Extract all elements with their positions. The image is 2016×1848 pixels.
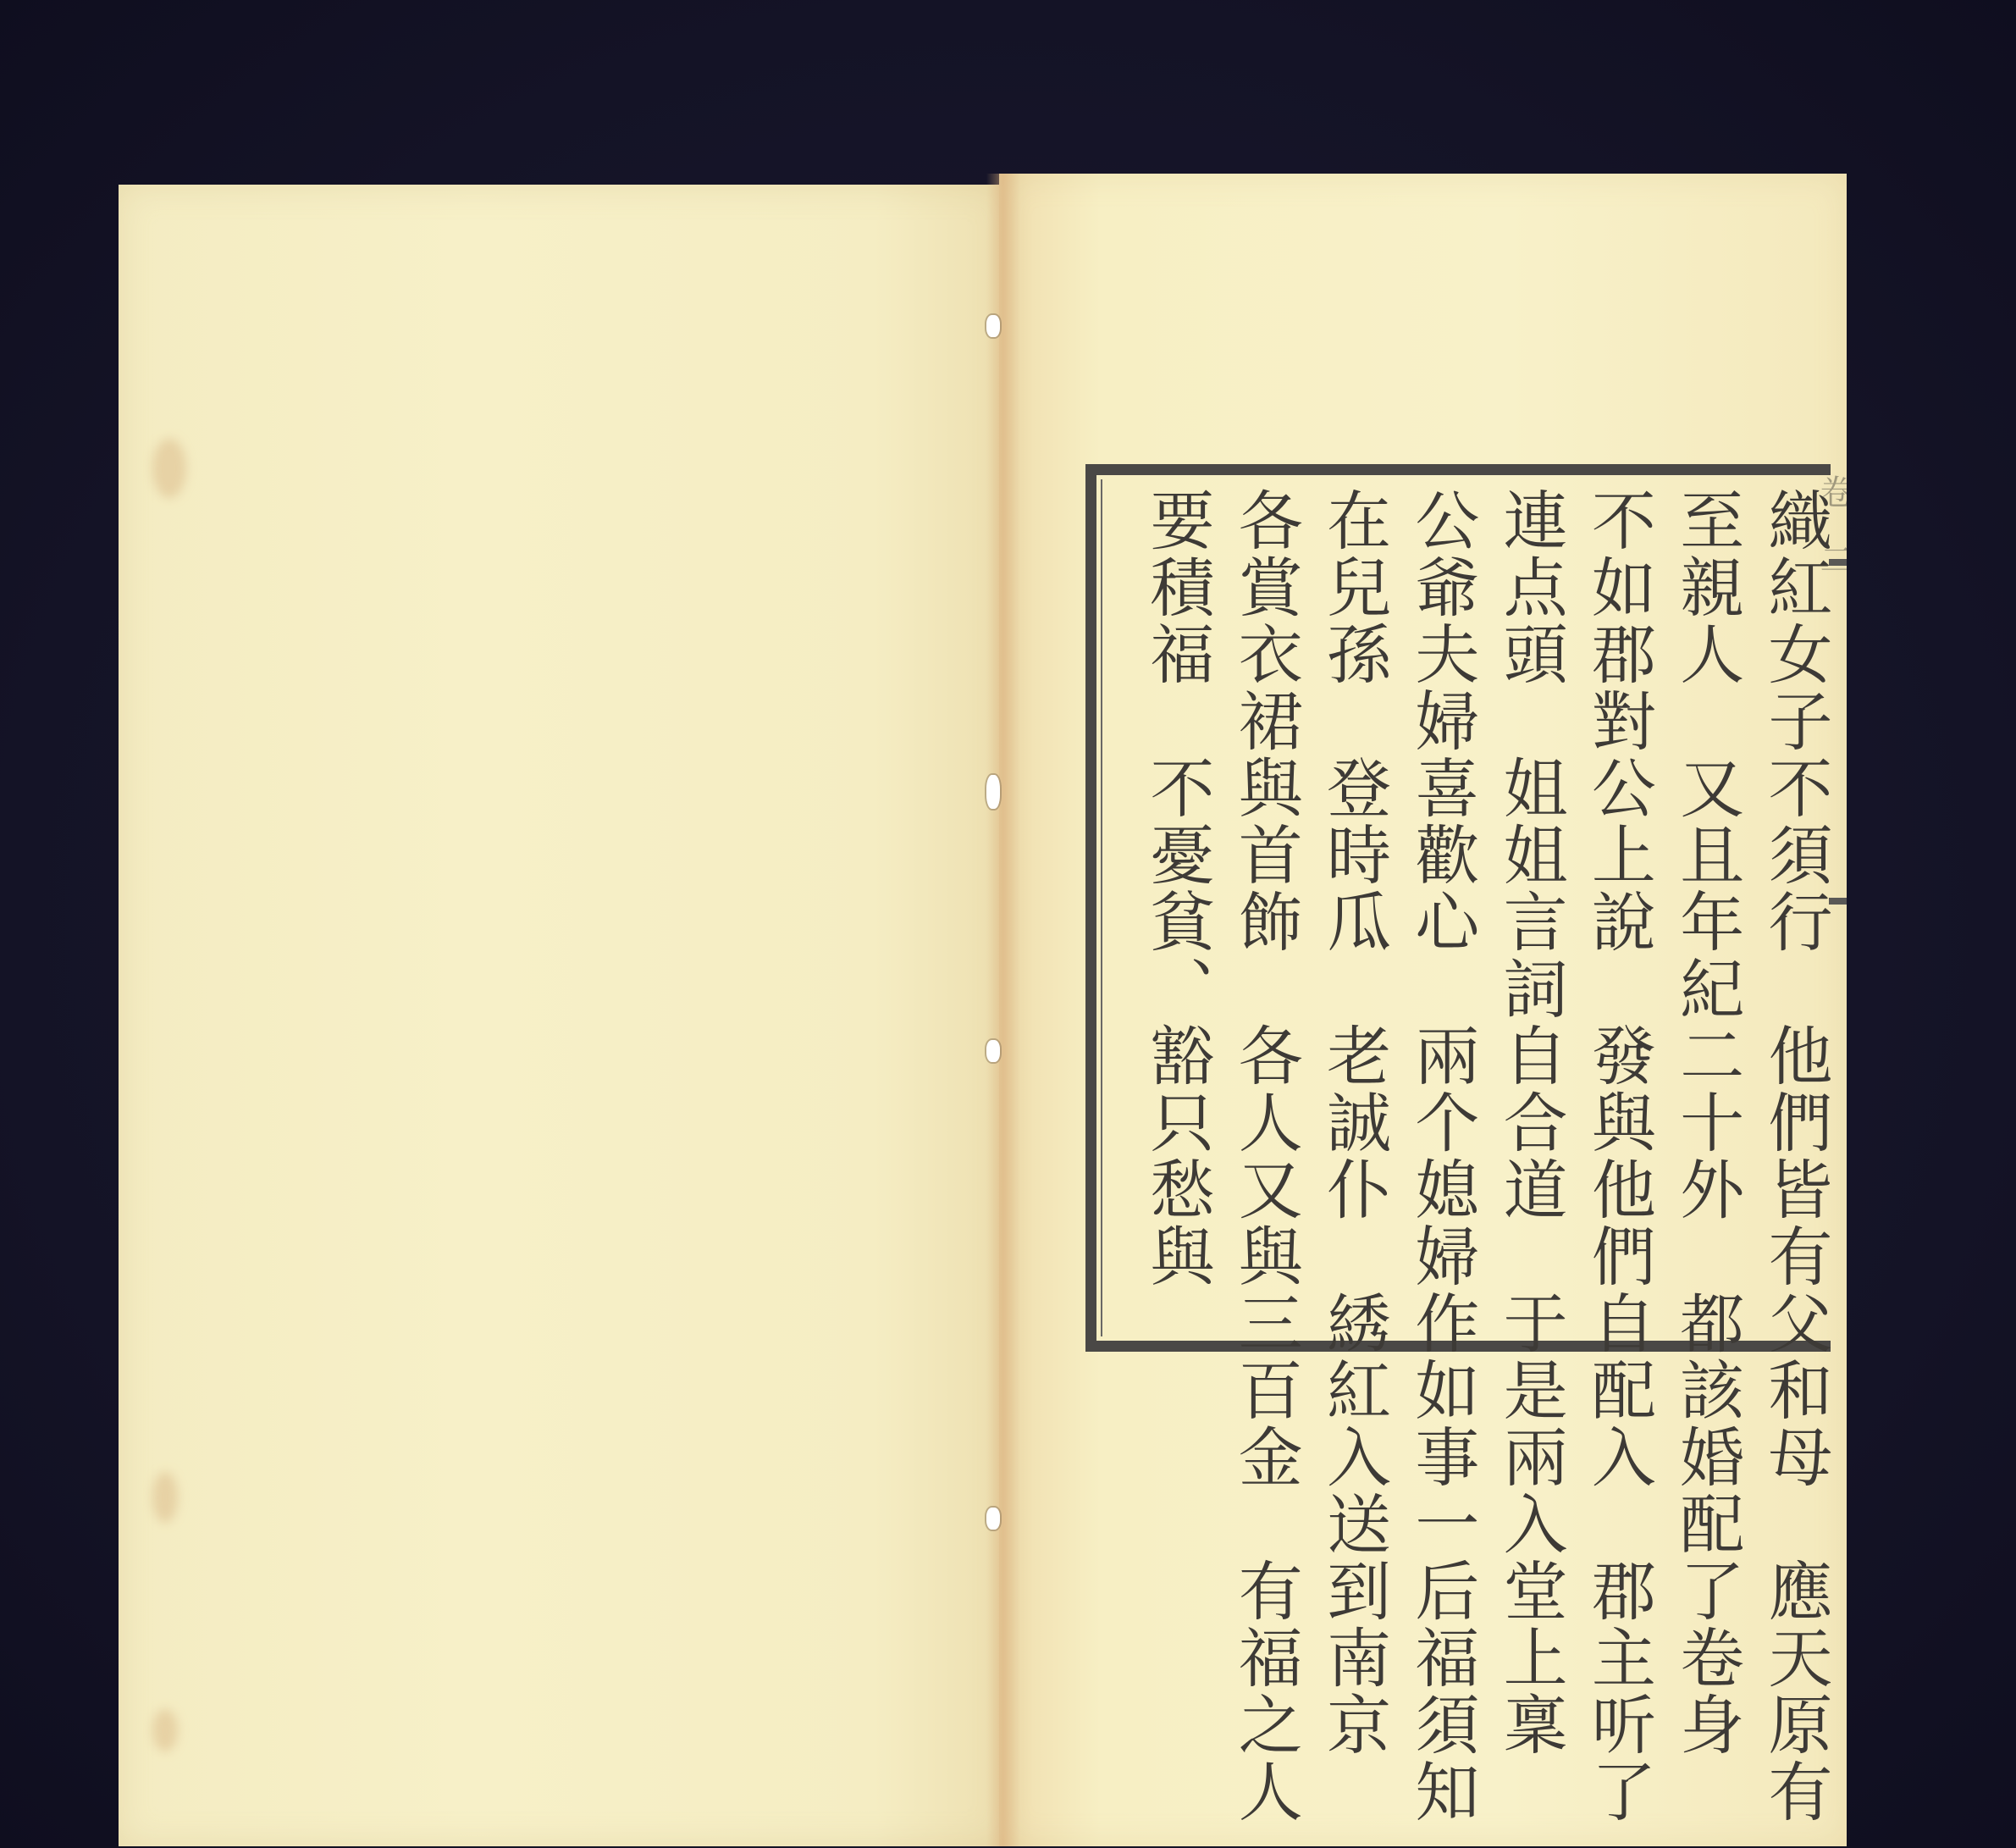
paper-stain	[152, 439, 186, 498]
text-column-4: 連点頭 姐姐言詞自合道 于是兩入堂上稟	[1488, 487, 1572, 1342]
text-column-3: 不如郡對公上說 發與他們自配入 郡主听了	[1576, 487, 1660, 1342]
text-column-2: 至親人 又且年紀二十外 都該婚配了卷身	[1665, 487, 1749, 1342]
binding-stitch	[986, 1508, 1000, 1530]
text-column-6: 在兒孫 登時瓜 老誠仆 綉紅入送到南京	[1312, 487, 1396, 1342]
text-column-8: 要積福 不憂貧、豁只愁與	[1135, 487, 1219, 1342]
paper-stain	[152, 1709, 178, 1751]
text-column-7: 各賞衣裙與首飾 各人又與三百金 有福之人	[1223, 487, 1307, 1342]
margin-bleed-text: 卷 二	[1820, 474, 1847, 1372]
binding-gutter	[986, 174, 1020, 1846]
frame-inner-rule	[1101, 479, 1102, 1336]
binding-stitch	[986, 315, 1000, 337]
text-body: 織紅女子不須行 他們皆有父和母 應天原有 至親人 又且年紀二十外 都該婚配了卷身…	[1135, 487, 1837, 1342]
left-page-blank	[119, 185, 1008, 1846]
paper-stain	[152, 1472, 178, 1523]
binding-stitch	[986, 775, 1000, 809]
binding-stitch	[986, 1040, 1000, 1062]
text-column-5: 公爺夫婦喜歡心 兩个媳婦作如事一后福須知	[1400, 487, 1484, 1342]
